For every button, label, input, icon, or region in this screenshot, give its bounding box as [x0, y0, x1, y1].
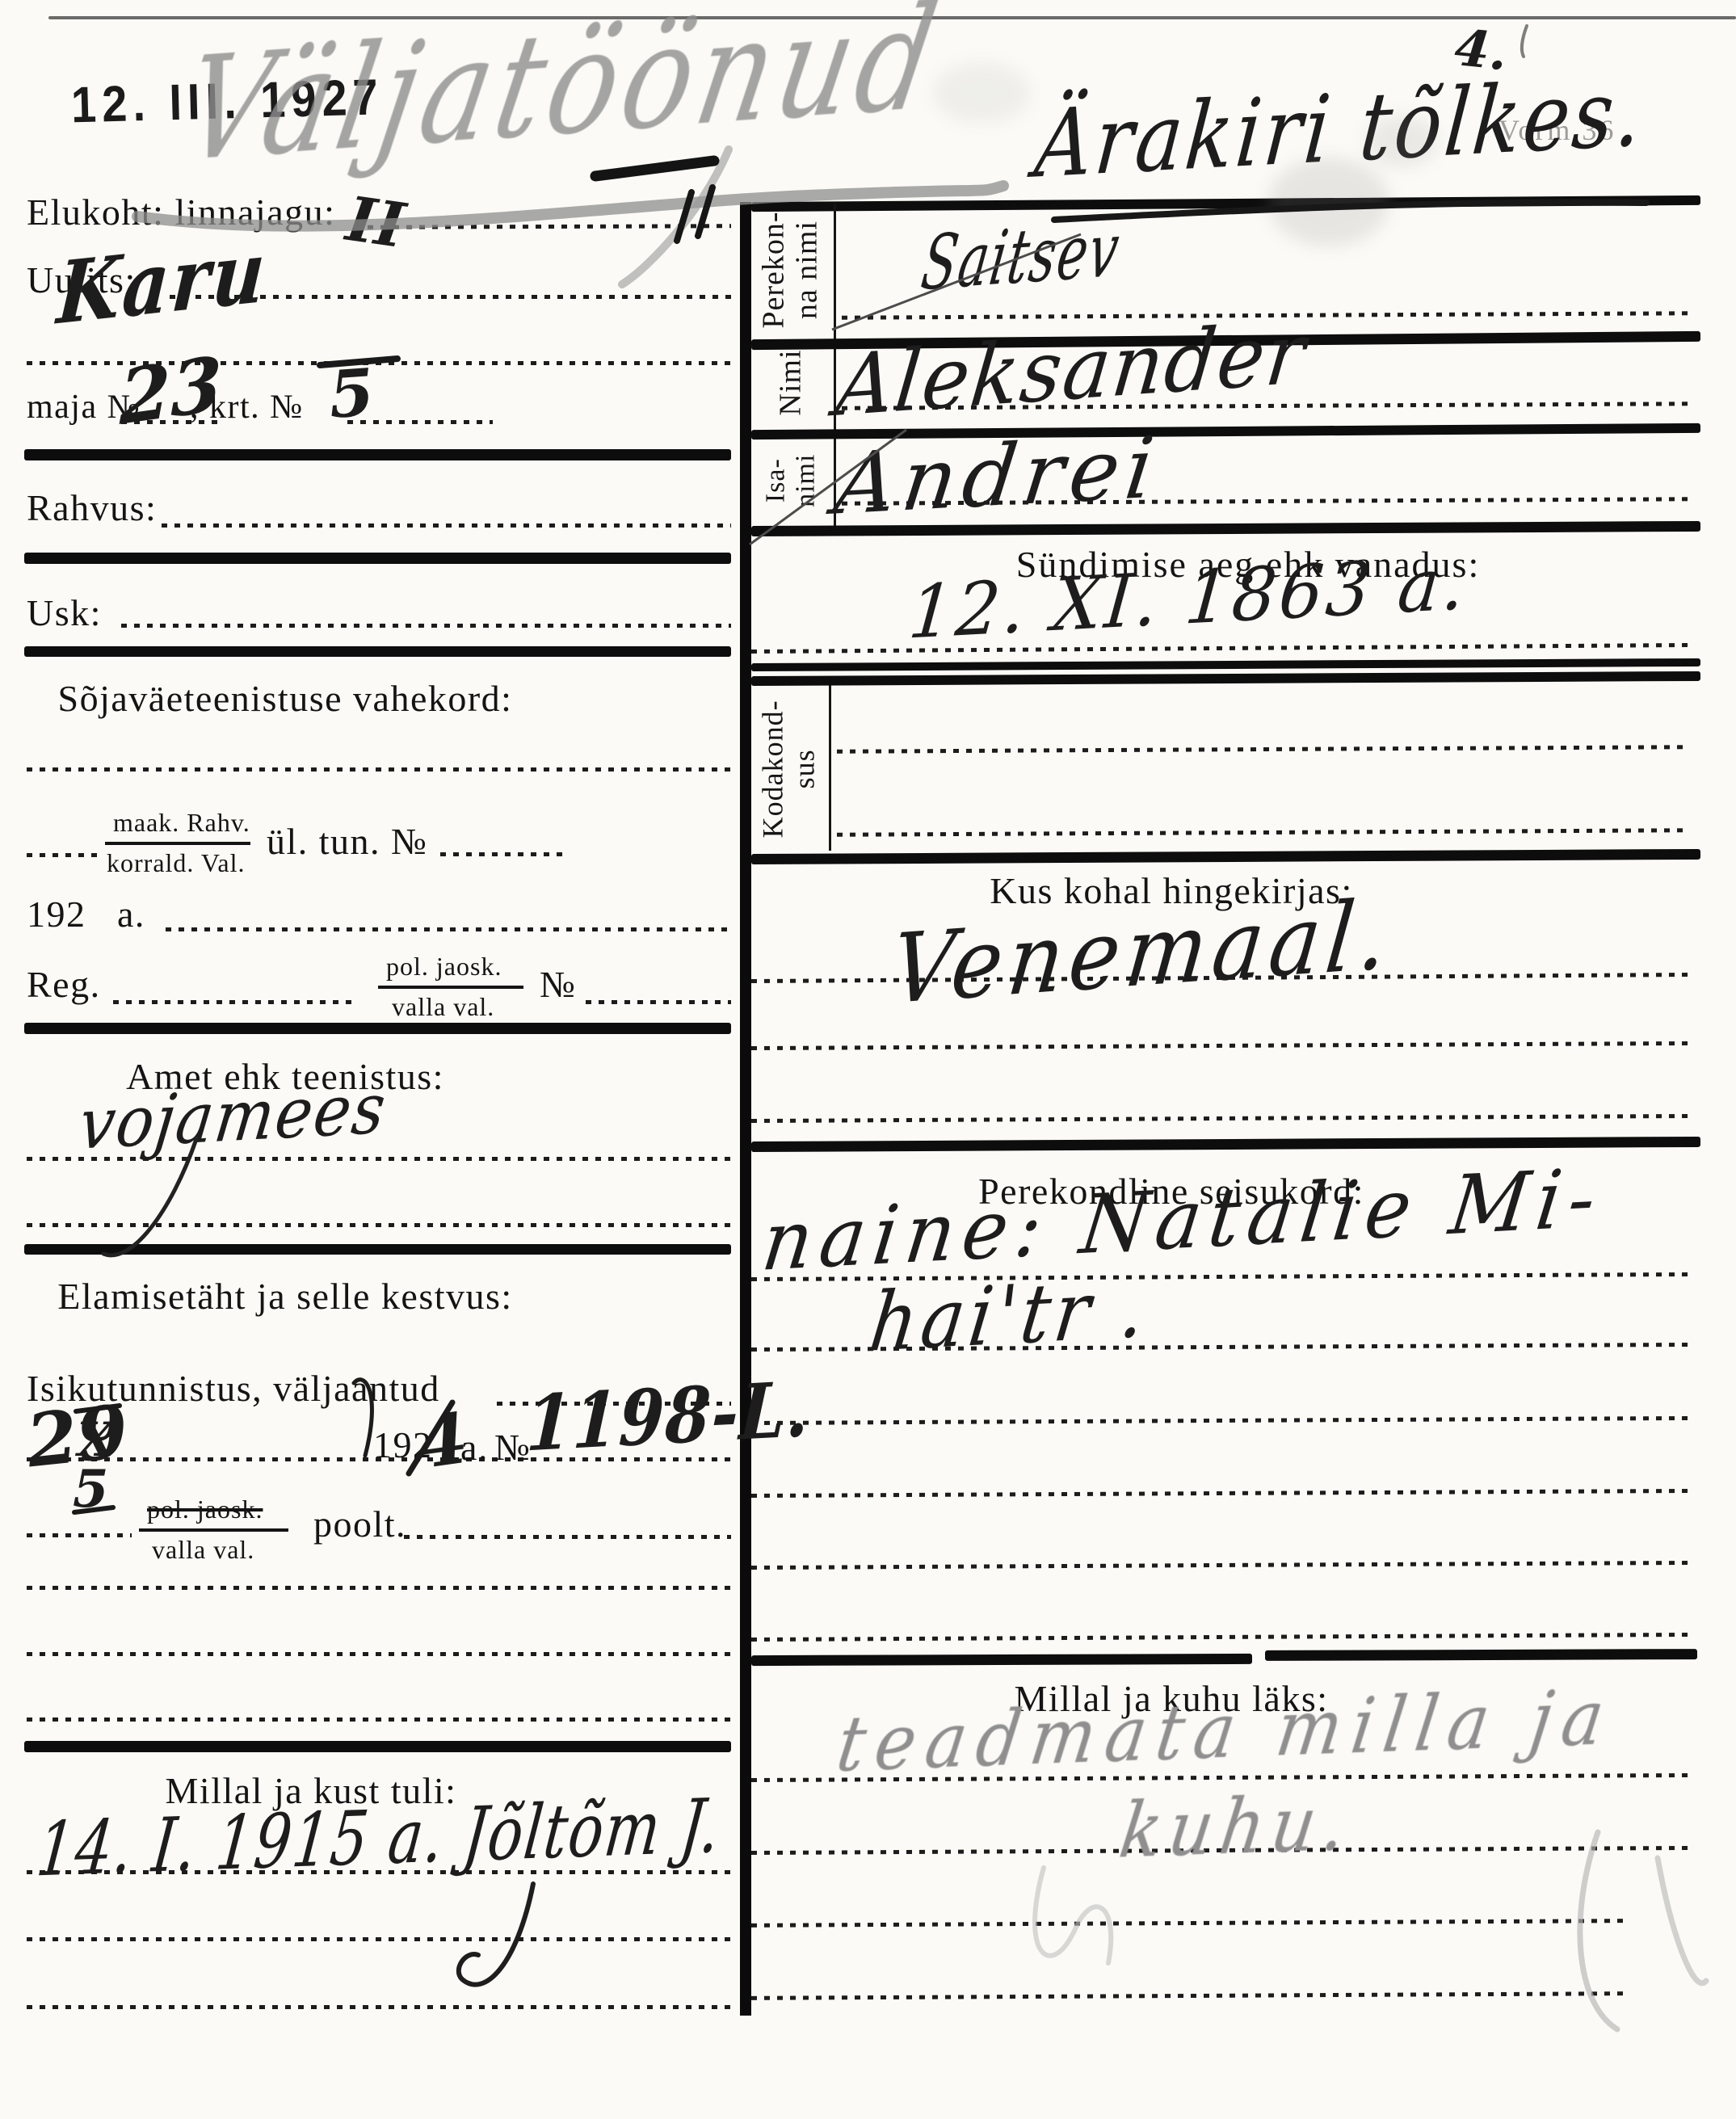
- year-a-label: a.: [117, 893, 145, 935]
- korrald-val-label: korrald. Val.: [107, 848, 245, 878]
- r-empty-line-4: [751, 1633, 1690, 1642]
- hingekirjas-line-2: [751, 1041, 1690, 1050]
- valla-val-label: valla val.: [392, 992, 494, 1022]
- r-rule-7b: [1265, 1649, 1697, 1661]
- rule-2: [24, 553, 731, 564]
- kodakondsus-line-1: [837, 745, 1690, 754]
- sundimise-line: [751, 643, 1688, 654]
- kodakondsus-label-line2: sus: [788, 700, 820, 839]
- left-empty-line-3: [27, 1717, 731, 1722]
- r-rule-7a: [751, 1654, 1252, 1666]
- poolt-line-left: [27, 1533, 132, 1537]
- elukoht-label: Elukoht: linnajagu:: [27, 191, 335, 233]
- left-bottom-line-3: [27, 2005, 731, 2009]
- valla-val2-label: valla val.: [152, 1535, 254, 1565]
- hingekirjas-line-3: [751, 1114, 1690, 1123]
- left-empty-line-2: [27, 1652, 731, 1656]
- perekondline-value-line2: hai'tr .: [865, 1260, 1155, 1370]
- nimi-label: Nimi: [750, 339, 832, 427]
- r-bottom-line-2: [751, 1991, 1624, 2000]
- perekonnanimi-label-line1: Perekon-: [758, 211, 791, 328]
- label-separator-line-2: [829, 685, 831, 851]
- maak-rahv-label: maak. Rahv.: [113, 808, 250, 838]
- amet-value: vojamees: [75, 1068, 391, 1166]
- reg-label: Reg.: [27, 963, 101, 1006]
- pol-jaosk-struck-label: pol. jaosk.: [147, 1495, 263, 1524]
- perekonnanimi-label: Perekon- na nimi: [750, 205, 832, 334]
- perekonnanimi-label-line2: na nimi: [791, 211, 824, 328]
- r-rule-6: [751, 1137, 1700, 1152]
- issued-number: 1198-L.: [524, 1365, 813, 1469]
- page-number: 4.: [1452, 18, 1510, 82]
- elukoht-value: II: [343, 183, 410, 262]
- millal-kuhu-value-line2: kuhu.: [1115, 1779, 1359, 1876]
- r-empty-line-3: [751, 1561, 1690, 1570]
- military-line-1: [27, 767, 731, 772]
- rule-6: [24, 1741, 731, 1752]
- maak-fraction-bar: [105, 842, 250, 845]
- reg-line-2: [586, 1000, 731, 1004]
- reg-fraction-bar: [378, 986, 523, 989]
- year-192-label: 192: [27, 893, 86, 935]
- r-rule-4a: [751, 658, 1700, 671]
- r-rule-top: [751, 196, 1700, 212]
- usk-line: [121, 624, 731, 628]
- nimi-label-text: Nimi: [774, 350, 807, 416]
- maja-value: 23: [120, 339, 222, 442]
- pol-jaosk-label: pol. jaosk.: [386, 952, 502, 982]
- isanimi-label-line2: nimi: [791, 454, 821, 507]
- reg-no-label: №: [540, 963, 576, 1006]
- ul-tun-label: ül. tun. №: [267, 820, 427, 863]
- r-empty-line-2: [751, 1489, 1690, 1498]
- rahvus-label: Rahvus:: [27, 486, 157, 529]
- issued-year-digit: 4: [414, 1398, 473, 1485]
- pencil-annotation: Väljatöönud: [173, 0, 952, 194]
- usk-label: Usk:: [27, 591, 102, 634]
- r-rule-5: [751, 849, 1700, 864]
- rule-1: [24, 449, 731, 460]
- isanimi-value: Andrei: [830, 418, 1166, 534]
- rule-4: [24, 1023, 731, 1034]
- rule-3: [24, 646, 731, 657]
- ink-annotation: Ärakiri tõlkes.: [1031, 59, 1649, 200]
- amet-line-2: [27, 1223, 731, 1227]
- uulits-value: Karu: [54, 221, 271, 344]
- kodakondsus-line-2: [837, 828, 1690, 837]
- krt-value: 5: [326, 354, 376, 433]
- elamistaht-header: Elamisetäht ja selle kestvus:: [27, 1275, 544, 1318]
- isanimi-label-line1: Isa-: [761, 454, 791, 507]
- r-empty-line-1: [751, 1416, 1690, 1425]
- rahvus-line: [162, 523, 731, 528]
- issued-extra: 5: [73, 1459, 109, 1520]
- poolt-line-right: [404, 1535, 731, 1539]
- reg-line-1: [113, 1000, 355, 1004]
- r-bottom-line-1: [751, 1919, 1624, 1928]
- poolt-label: poolt.: [313, 1503, 406, 1545]
- r-rule-4b: [751, 671, 1700, 686]
- kodakondsus-label-line1: Kodakond-: [757, 700, 788, 839]
- registration-card: 12. III. 1927 Väljatöönud Vorm 36 Ärakir…: [0, 0, 1736, 2119]
- left-bottom-line-2: [27, 1937, 731, 1941]
- ul-tun-line: [440, 852, 570, 856]
- perekonnanimi-value: Saitsev: [917, 206, 1126, 307]
- rule-5: [24, 1244, 731, 1255]
- military-header: Sõjaväeteenistuse vahekord:: [27, 677, 544, 720]
- elukoht-line: [368, 224, 731, 229]
- poolt-fraction-bar: [139, 1528, 288, 1532]
- left-empty-line-1: [27, 1586, 731, 1590]
- isanimi-label: Isa- nimi: [750, 432, 832, 529]
- kodakondsus-label: Kodakond- sus: [748, 685, 829, 853]
- year-line: [166, 927, 731, 931]
- maak-line-left: [27, 853, 99, 857]
- nimi-value: Aleksander: [831, 303, 1311, 435]
